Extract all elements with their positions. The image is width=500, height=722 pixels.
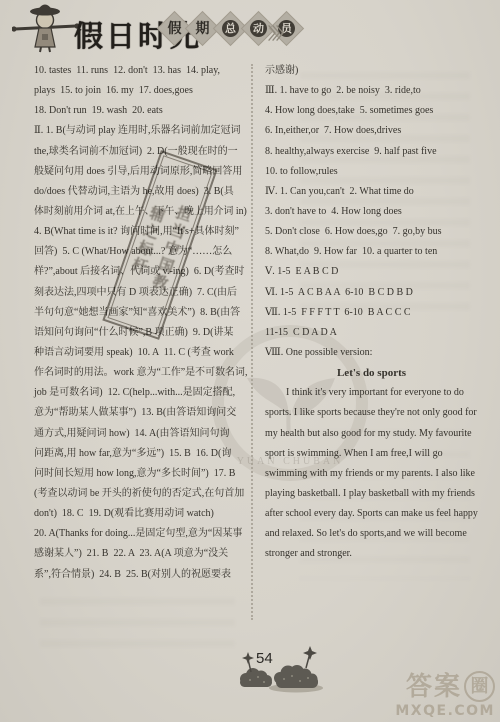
answer-line: Ⅱ. 1. B(与动词 play 连用时,乐器名词前加定冠词: [34, 121, 247, 141]
answer-line: Ⅶ. 1-5 F F F T T 6-10 B A C C C: [265, 303, 478, 323]
answer-line: 感谢某人”) 21. B 22. A 23. A(A 项意为“没关: [34, 544, 247, 564]
essay-section-label: Ⅷ. One possible version:: [265, 343, 478, 363]
answer-line: 8. healthy,always exercise 9. half past …: [265, 142, 478, 162]
essay-line: my health but also good for my study. My…: [265, 424, 478, 444]
banner-char: 总: [222, 20, 239, 37]
page-number: 54: [256, 650, 273, 667]
banner-char: 动: [250, 20, 267, 37]
chevrons-icon: 〉〉〉: [268, 21, 288, 44]
answer-line: 通方式,用疑问词 how) 14. A(由答语知问句询: [34, 424, 247, 444]
answer-line: 20. A(Thanks for doing...是固定句型,意为“因某事: [34, 524, 247, 544]
answer-line: 作名词时的用法。work 意为“工作”是不可数名词,: [34, 363, 246, 383]
right-column: 示感谢) Ⅲ. 1. have to go 2. be noisy 3. rid…: [265, 61, 478, 565]
essay-title: Let's do sports: [265, 363, 478, 383]
site-name-text: 答案: [406, 672, 462, 702]
answer-line: job 是可数名词) 12. C(help...with...是固定搭配,: [34, 383, 247, 403]
essay-line: I think it's very important for everyone…: [265, 383, 478, 403]
answer-line: 10. tastes 11. runs 12. don't 13. has 14…: [34, 61, 247, 81]
answer-line: 问时间长短用 how long,意为“多长时间”) 17. B: [34, 464, 247, 484]
answer-line: Ⅲ. 1. have to go 2. be noisy 3. ride,to: [265, 81, 478, 101]
answer-line: 意为“帮助某人做某事”) 13. B(由答语知询问交: [34, 403, 247, 423]
banner-char: 假: [167, 22, 181, 36]
scarecrow-icon: [12, 2, 80, 54]
bush-icon: [236, 646, 330, 694]
column-divider: [251, 64, 253, 620]
answer-line: 系”,符合情景) 24. B 25. B(对别人的祝愿要表: [34, 565, 247, 585]
bleedthrough-texture: [40, 598, 235, 660]
essay-line: stronger and stronger.: [265, 544, 478, 564]
answer-line: 4. How long does,take 5. sometimes goes: [265, 101, 478, 121]
essay-line: playing basketball. I play basketball wi…: [265, 484, 478, 504]
answer-line: plays 15. to join 16. my 17. does,goes: [34, 81, 247, 101]
site-name: 答案 圈: [395, 671, 495, 702]
answer-line: 问距离,用 how far,意为“多远”) 15. B 16. D(询: [34, 444, 247, 464]
answer-line: Ⅳ. 1. Can you,can't 2. What time do: [265, 182, 478, 202]
answer-line: 种语言动词要用 speak) 10. A 11. C (考查 work: [34, 343, 247, 363]
answer-line: the,球类名词前不加冠词) 2. D(一般现在时的一: [34, 142, 247, 162]
answer-line: Ⅵ. 1-5 A C B A A 6-10 B C D B D: [265, 283, 478, 303]
answer-line: do/does 代替动词,主语为 he,故用 does) 3. B(具: [34, 182, 247, 202]
essay-line: after school every day. Sports can make …: [265, 504, 476, 524]
essay-line: sports. I like sports because they're no…: [265, 403, 478, 423]
answer-line: Ⅴ. 1-5 E A B C D: [265, 262, 478, 282]
answer-line: 示感谢): [265, 61, 478, 81]
answer-line: 18. Don't run 19. wash 20. eats: [34, 101, 247, 121]
answer-line: (考查以动词 be 开头的祈使句的否定式,在句首加: [34, 484, 247, 504]
answer-line: 6. In,either,or 7. How does,drives: [265, 121, 478, 141]
answer-line: don't) 18. C 19. D(观看比赛用动词 watch): [34, 504, 247, 524]
scanned-answer-page: 假日时光 假 期 总 动 员 〉〉〉 YUAN CHUBAN 10. taste…: [0, 0, 500, 722]
site-watermark: 答案 圈 MXQE.COM: [395, 671, 495, 719]
answer-line: 8. What,do 9. How far 10. a quarter to t…: [265, 242, 478, 262]
essay-line: and relaxed. So let's do sports,and we w…: [265, 524, 478, 544]
banner-char: 期: [195, 22, 209, 36]
answer-line: 5. Don't close 6. How does,go 7. go,by b…: [265, 222, 478, 242]
answer-line: 10. to follow,rules: [265, 162, 478, 182]
essay-line: swimming with my friends or my parents. …: [265, 464, 478, 484]
site-name-circle-icon: 圈: [464, 671, 495, 702]
site-url: MXQE.COM: [395, 703, 495, 719]
answer-line: 11-15 C D A D A: [265, 323, 478, 343]
answer-line: 3. don't have to 4. How long does: [265, 202, 478, 222]
essay-line: sport is swimming. When I am free,I will…: [265, 444, 478, 464]
